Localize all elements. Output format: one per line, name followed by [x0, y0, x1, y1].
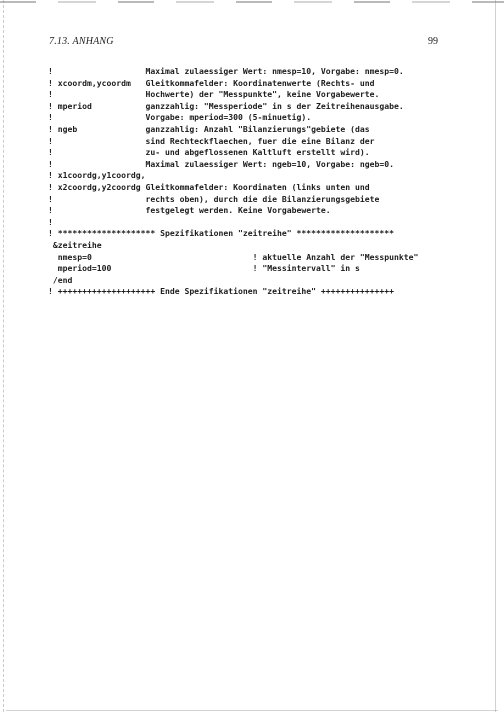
scan-edge-right-line	[495, 0, 496, 712]
code-line: ! ++++++++++++++++++++ Ende Spezifikatio…	[48, 286, 418, 298]
code-line: ! ngeb ganzzahlig: Anzahl "Bilanzierungs…	[48, 124, 418, 136]
document-page: 7.13. ANHANG 99 ! Maximal zulaessiger We…	[0, 0, 504, 712]
code-line: ! x2coordg,y2coordg Gleitkommafelder: Ko…	[48, 182, 418, 194]
code-line: ! zu- und abgeflossenen Kaltluft erstell…	[48, 147, 418, 159]
code-line: ! ******************** Spezifikationen "…	[48, 228, 418, 240]
page-number: 99	[428, 36, 438, 47]
code-line: ! Vorgabe: mperiod=300 (5-minuetig).	[48, 112, 418, 124]
scan-edge-left-line	[3, 0, 4, 712]
code-line: !	[48, 217, 418, 229]
scan-edge-top-line	[0, 1, 504, 3]
code-line: ! Maximal zulaessiger Wert: nmesp=10, Vo…	[48, 66, 418, 78]
code-line: ! Hochwerte) der "Messpunkte", keine Vor…	[48, 89, 418, 101]
code-line: nmesp=0 ! aktuelle Anzahl der "Messpunkt…	[48, 252, 418, 264]
code-line: ! sind Rechteckflaechen, fuer die eine B…	[48, 136, 418, 148]
code-line: ! Maximal zulaessiger Wert: ngeb=10, Vor…	[48, 159, 418, 171]
code-line: &zeitreihe	[48, 240, 418, 252]
code-line: ! festgelegt werden. Keine Vorgabewerte.	[48, 205, 418, 217]
code-block: ! Maximal zulaessiger Wert: nmesp=10, Vo…	[48, 66, 418, 298]
code-line: ! rechts oben), durch die die Bilanzieru…	[48, 194, 418, 206]
scan-edge-bottom-line	[6, 710, 498, 711]
code-line: ! mperiod ganzzahlig: "Messperiode" in s…	[48, 101, 418, 113]
code-line: /end	[48, 275, 418, 287]
code-line: ! xcoordm,ycoordm Gleitkommafelder: Koor…	[48, 78, 418, 90]
code-line: ! x1coordg,y1coordg,	[48, 170, 418, 182]
section-heading: 7.13. ANHANG	[49, 36, 114, 47]
code-line: mperiod=100 ! "Messintervall" in s	[48, 263, 418, 275]
